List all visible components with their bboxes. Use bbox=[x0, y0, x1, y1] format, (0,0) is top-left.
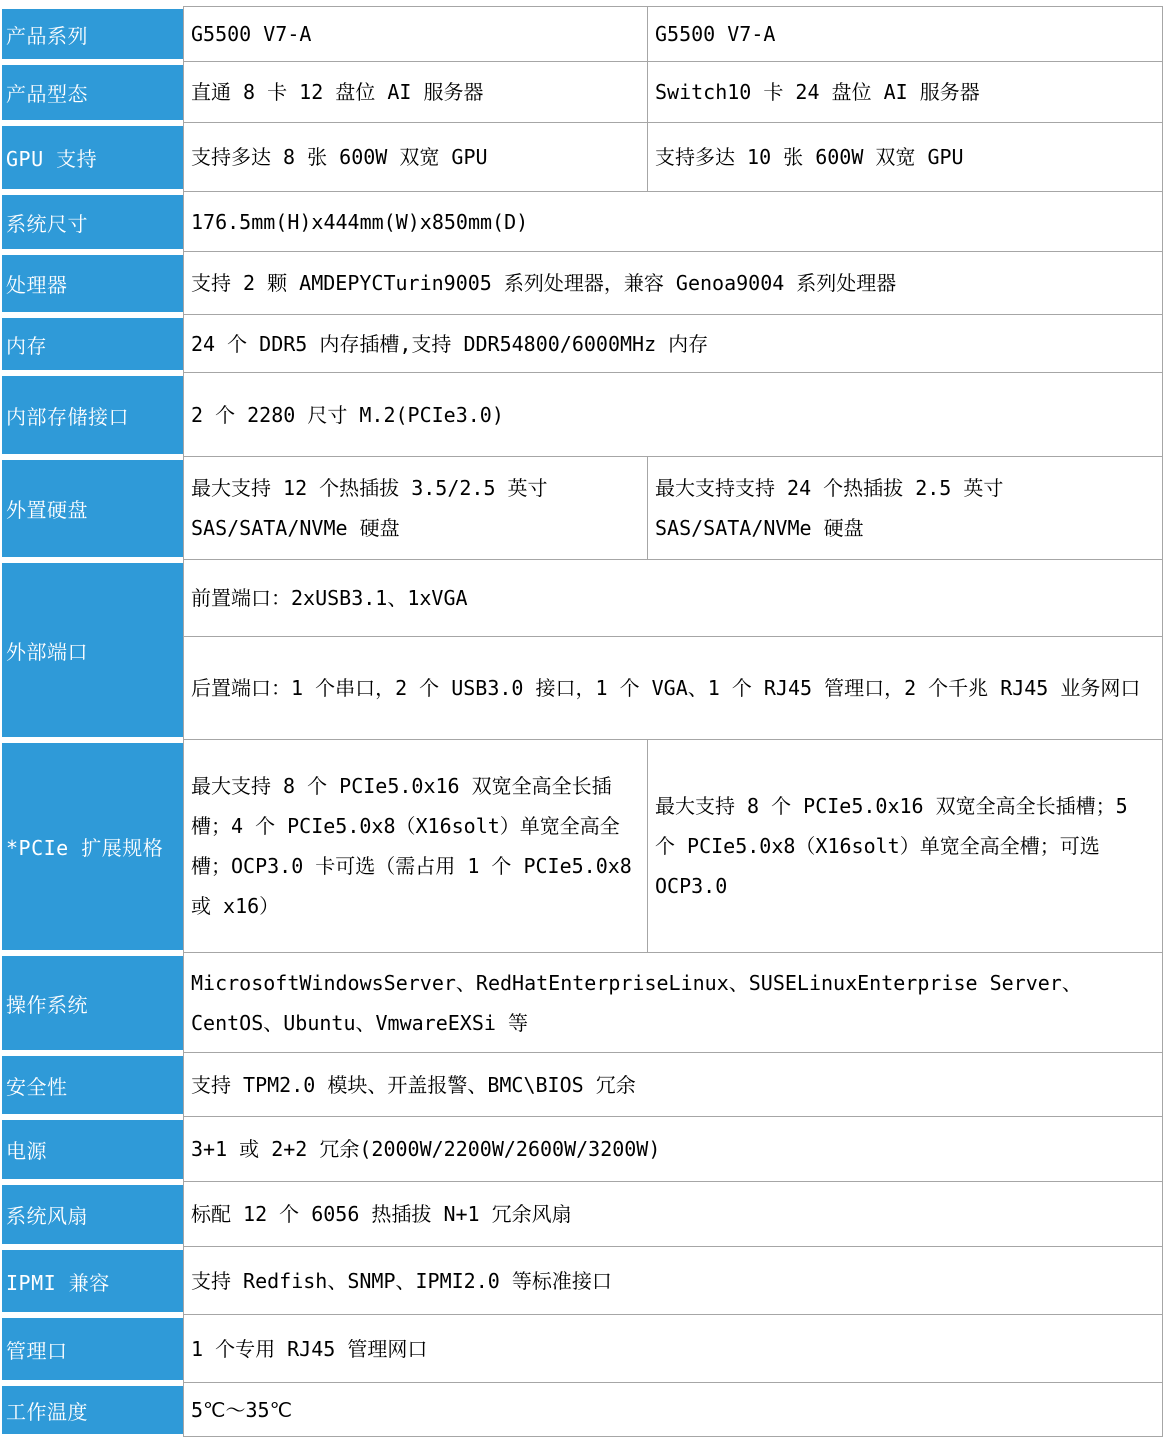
row-content: MicrosoftWindowsServer、RedHatEnterpriseL… bbox=[183, 953, 1163, 1053]
row-content: 5℃～35℃ bbox=[183, 1383, 1163, 1437]
table-row: 系统尺寸 176.5mm(H)x444mm(W)x850mm(D) bbox=[2, 192, 1163, 252]
row-label: 系统尺寸 bbox=[2, 195, 183, 249]
table-row: GPU 支持 支持多达 8 张 600W 双宽 GPU 支持多达 10 张 60… bbox=[2, 123, 1163, 192]
row-label: 管理口 bbox=[2, 1318, 183, 1380]
row-label: 外部端口 bbox=[2, 563, 183, 737]
spec-cell: 5℃～35℃ bbox=[184, 1383, 1162, 1436]
row-content: 3+1 或 2+2 冗余(2000W/2200W/2600W/3200W) bbox=[183, 1117, 1163, 1182]
spec-cell: 3+1 或 2+2 冗余(2000W/2200W/2600W/3200W) bbox=[184, 1117, 1162, 1181]
spec-cell: 支持 Redfish、SNMP、IPMI2.0 等标准接口 bbox=[184, 1247, 1162, 1314]
table-row: *PCIe 扩展规格 最大支持 8 个 PCIe5.0x16 双宽全高全长插槽；… bbox=[2, 740, 1163, 953]
spec-cell: 24 个 DDR5 内存插槽,支持 DDR54800/6000MHz 内存 bbox=[184, 315, 1162, 372]
row-label: 产品型态 bbox=[2, 65, 183, 120]
spec-cell: Switch10 卡 24 盘位 AI 服务器 bbox=[648, 62, 1162, 122]
spec-cell: 支持多达 10 张 600W 双宽 GPU bbox=[648, 123, 1162, 191]
row-content: 支持 Redfish、SNMP、IPMI2.0 等标准接口 bbox=[183, 1247, 1163, 1315]
row-content: 支持 TPM2.0 模块、开盖报警、BMC\BIOS 冗余 bbox=[183, 1053, 1163, 1117]
spec-cell: 标配 12 个 6056 热插拔 N+1 冗余风扇 bbox=[184, 1182, 1162, 1246]
table-row: 产品型态 直通 8 卡 12 盘位 AI 服务器 Switch10 卡 24 盘… bbox=[2, 62, 1163, 123]
table-row: 系统风扇 标配 12 个 6056 热插拔 N+1 冗余风扇 bbox=[2, 1182, 1163, 1247]
row-label: 操作系统 bbox=[2, 956, 183, 1050]
row-label: *PCIe 扩展规格 bbox=[2, 743, 183, 950]
table-row: 内存 24 个 DDR5 内存插槽,支持 DDR54800/6000MHz 内存 bbox=[2, 315, 1163, 373]
spec-cell: 最大支持支持 24 个热插拔 2.5 英寸 SAS/SATA/NVMe 硬盘 bbox=[648, 457, 1162, 559]
row-content: 标配 12 个 6056 热插拔 N+1 冗余风扇 bbox=[183, 1182, 1163, 1247]
spec-cell: 直通 8 卡 12 盘位 AI 服务器 bbox=[184, 62, 648, 122]
table-row: 管理口 1 个专用 RJ45 管理网口 bbox=[2, 1315, 1163, 1383]
spec-cell: 支持 2 颗 AMDEPYCTurin9005 系列处理器，兼容 Genoa90… bbox=[184, 252, 1162, 314]
table-row: IPMI 兼容 支持 Redfish、SNMP、IPMI2.0 等标准接口 bbox=[2, 1247, 1163, 1315]
table-row: 处理器 支持 2 颗 AMDEPYCTurin9005 系列处理器，兼容 Gen… bbox=[2, 252, 1163, 315]
spec-cell: MicrosoftWindowsServer、RedHatEnterpriseL… bbox=[184, 953, 1162, 1052]
spec-cell-front-ports: 前置端口：2xUSB3.1、1xVGA bbox=[184, 560, 1162, 637]
row-label: 电源 bbox=[2, 1120, 183, 1179]
row-label: 产品系列 bbox=[2, 9, 183, 59]
row-content: 直通 8 卡 12 盘位 AI 服务器 Switch10 卡 24 盘位 AI … bbox=[183, 62, 1163, 123]
table-row: 操作系统 MicrosoftWindowsServer、RedHatEnterp… bbox=[2, 953, 1163, 1053]
table-row: 内部存储接口 2 个 2280 尺寸 M.2(PCIe3.0) bbox=[2, 373, 1163, 457]
row-label: 内部存储接口 bbox=[2, 376, 183, 454]
row-content: 最大支持 12 个热插拔 3.5/2.5 英寸 SAS/SATA/NVMe 硬盘… bbox=[183, 457, 1163, 560]
spec-cell: 支持 TPM2.0 模块、开盖报警、BMC\BIOS 冗余 bbox=[184, 1053, 1162, 1116]
row-content: 176.5mm(H)x444mm(W)x850mm(D) bbox=[183, 192, 1163, 252]
product-spec-table: 产品系列 G5500 V7-A G5500 V7-A 产品型态 直通 8 卡 1… bbox=[2, 6, 1163, 1437]
table-row: 产品系列 G5500 V7-A G5500 V7-A bbox=[2, 6, 1163, 62]
row-content: 1 个专用 RJ45 管理网口 bbox=[183, 1315, 1163, 1383]
spec-cell: 176.5mm(H)x444mm(W)x850mm(D) bbox=[184, 192, 1162, 251]
table-row: 工作温度 5℃～35℃ bbox=[2, 1383, 1163, 1437]
row-content: 24 个 DDR5 内存插槽,支持 DDR54800/6000MHz 内存 bbox=[183, 315, 1163, 373]
spec-cell: 2 个 2280 尺寸 M.2(PCIe3.0) bbox=[184, 373, 1162, 456]
row-label: 系统风扇 bbox=[2, 1185, 183, 1244]
spec-cell-rear-ports: 后置端口：1 个串口，2 个 USB3.0 接口，1 个 VGA、1 个 RJ4… bbox=[184, 637, 1162, 739]
table-row: 安全性 支持 TPM2.0 模块、开盖报警、BMC\BIOS 冗余 bbox=[2, 1053, 1163, 1117]
row-content: 前置端口：2xUSB3.1、1xVGA 后置端口：1 个串口，2 个 USB3.… bbox=[183, 560, 1163, 740]
spec-cell: G5500 V7-A bbox=[648, 7, 1162, 61]
table-row: 外置硬盘 最大支持 12 个热插拔 3.5/2.5 英寸 SAS/SATA/NV… bbox=[2, 457, 1163, 560]
spec-cell: 最大支持 12 个热插拔 3.5/2.5 英寸 SAS/SATA/NVMe 硬盘 bbox=[184, 457, 648, 559]
row-content: G5500 V7-A G5500 V7-A bbox=[183, 6, 1163, 62]
row-content: 2 个 2280 尺寸 M.2(PCIe3.0) bbox=[183, 373, 1163, 457]
row-content: 最大支持 8 个 PCIe5.0x16 双宽全高全长插槽；4 个 PCIe5.0… bbox=[183, 740, 1163, 953]
table-row: 电源 3+1 或 2+2 冗余(2000W/2200W/2600W/3200W) bbox=[2, 1117, 1163, 1182]
row-content: 支持 2 颗 AMDEPYCTurin9005 系列处理器，兼容 Genoa90… bbox=[183, 252, 1163, 315]
row-label: 安全性 bbox=[2, 1056, 183, 1114]
row-label: 工作温度 bbox=[2, 1386, 183, 1434]
row-content: 支持多达 8 张 600W 双宽 GPU 支持多达 10 张 600W 双宽 G… bbox=[183, 123, 1163, 192]
spec-cell: 支持多达 8 张 600W 双宽 GPU bbox=[184, 123, 648, 191]
spec-cell: 最大支持 8 个 PCIe5.0x16 双宽全高全长插槽；5 个 PCIe5.0… bbox=[648, 740, 1162, 952]
row-label: 外置硬盘 bbox=[2, 460, 183, 557]
row-label: GPU 支持 bbox=[2, 126, 183, 189]
row-label: IPMI 兼容 bbox=[2, 1250, 183, 1312]
table-row: 外部端口 前置端口：2xUSB3.1、1xVGA 后置端口：1 个串口，2 个 … bbox=[2, 560, 1163, 740]
row-label: 内存 bbox=[2, 318, 183, 370]
spec-cell: 最大支持 8 个 PCIe5.0x16 双宽全高全长插槽；4 个 PCIe5.0… bbox=[184, 740, 648, 952]
spec-cell: 1 个专用 RJ45 管理网口 bbox=[184, 1315, 1162, 1382]
spec-cell: G5500 V7-A bbox=[184, 7, 648, 61]
row-label: 处理器 bbox=[2, 255, 183, 312]
